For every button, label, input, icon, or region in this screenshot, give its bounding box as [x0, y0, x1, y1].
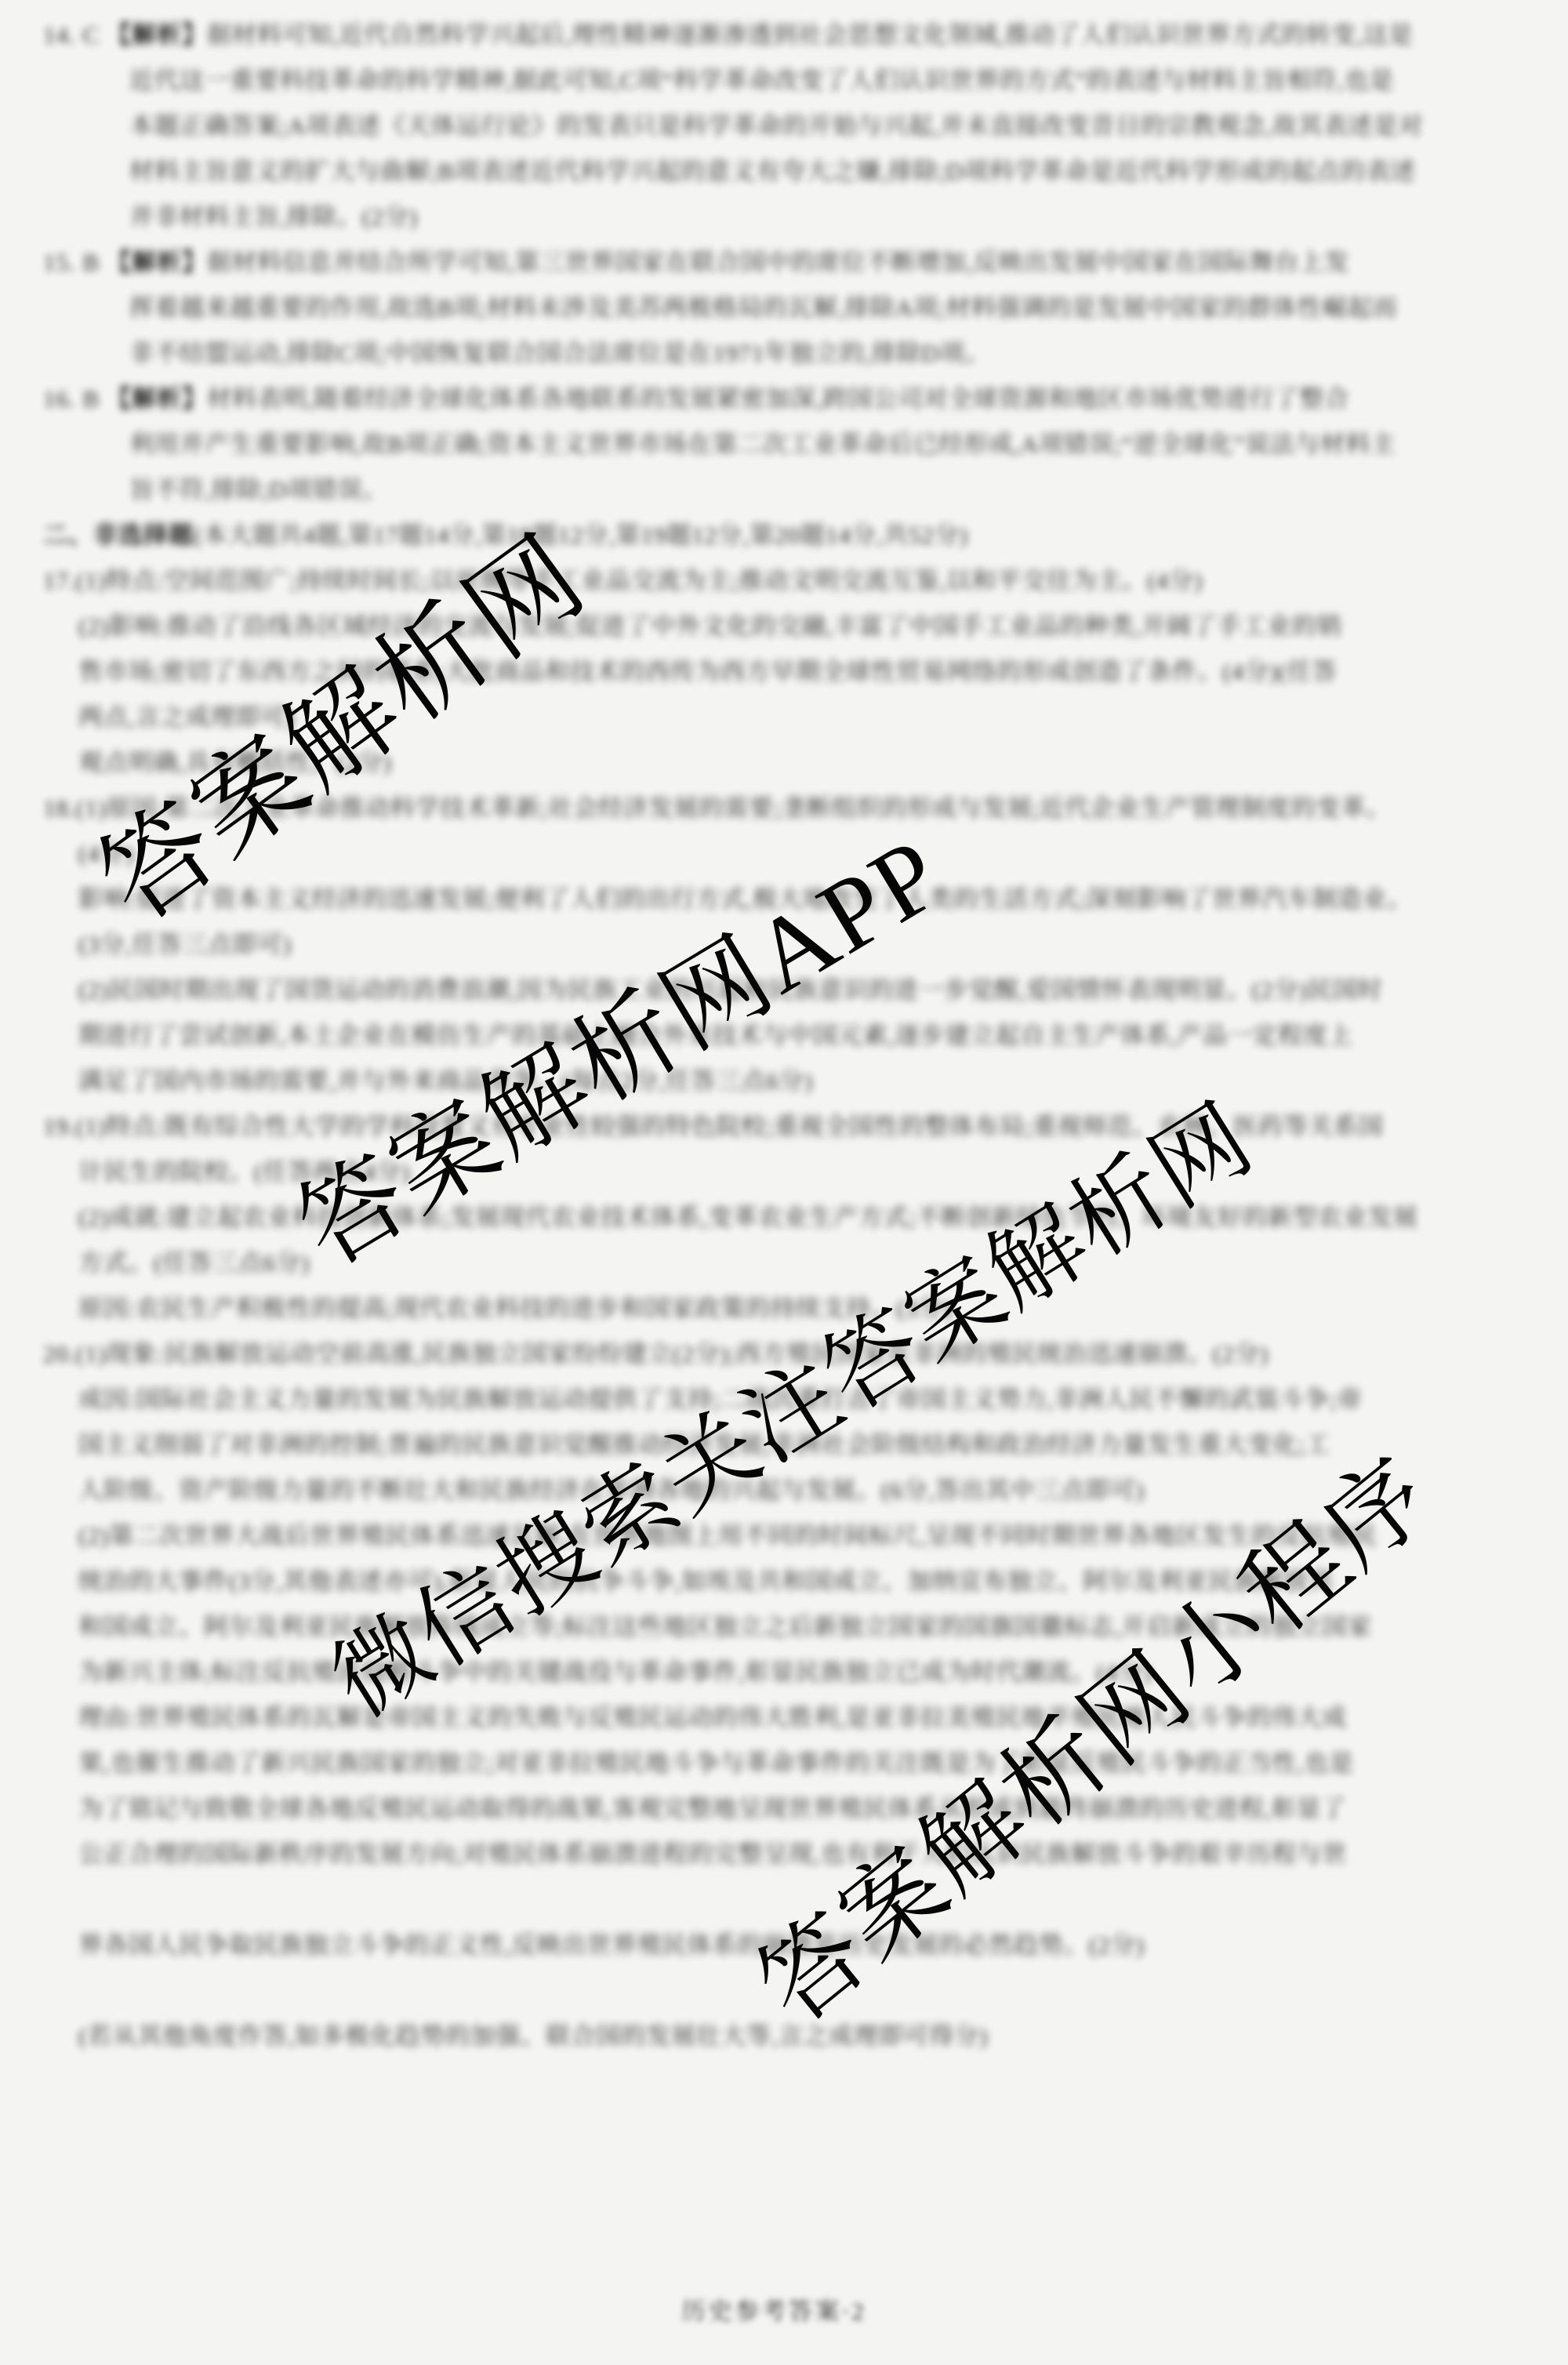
text-line: (2)影响:推动了沿线各区域经济的交流与发展;促进了中外文化的交融,丰富了中国手…	[43, 604, 1537, 649]
text-line: 旨不符,排除;D项错误。	[43, 467, 1537, 513]
text-line: 果,也催生推动了新兴民族国家的独立;对亚非拉殖民地斗争与革命事件的关注既是为了彰…	[43, 1741, 1537, 1786]
text-segment: (2)影响:推动了沿线各区域经济的交流与发展;促进了中外文化的交融,丰富了中国手…	[78, 612, 1342, 640]
text-line: 15. B 【解析】据材料信息并结合所学可知,第三世界国家在联合国中的席位不断增…	[43, 240, 1537, 285]
text-segment: (2)第二次世界大战后世界殖民体系迅速瓦解,在世界地图上用不同的时间标尺,呈现不…	[78, 1522, 1377, 1549]
text-segment: 公正合理的国际新秩序的发展方向;对殖民体系崩溃进程的完整呈现,也有利于人们认识民…	[78, 1840, 1347, 1868]
text-segment: 据材料可知,近代自然科学兴起后,理性精神逐渐渗透到社会思想文化领域,推动了人们认…	[207, 21, 1414, 49]
text-segment: 方式。(任答三点6分)	[78, 1249, 310, 1277]
text-line: 并非材料主旨,排除。(2分)	[43, 194, 1537, 240]
text-segment: 利用并产生重要影响,故B项正确;资本主义世界市场在第二次工业革命后已经形成,A项…	[129, 430, 1396, 458]
text-line: 19.(1)特点:既有综合性大学的学科设置又有专业性较强的特色院校;重视全国性的…	[43, 1104, 1537, 1150]
text-segment: 14. C	[43, 21, 107, 49]
text-segment: (3分,任答三点即可)	[78, 931, 292, 958]
text-line: 材料主旨意义的扩大与曲解;B项表述近代科学兴起的意义有夸大之嫌,排除;D项科学革…	[43, 149, 1537, 194]
text-line: 满足了国内市场的需要,并与外来商品竞争。(每点2分,任答三点6分)	[43, 1059, 1537, 1104]
text-segment: 近代这一重要科技革命的科学精神,据此可知,C项“科学革命改变了人们认识世界的方式…	[129, 67, 1394, 94]
text-segment: 15. B	[43, 249, 107, 276]
text-line: 为了铭记与致敬全球各地反殖民运动取得的战果,客观完整地呈现世界殖民体系从形成到最…	[43, 1786, 1537, 1832]
text-segment: (本大题共4题,第17题14分,第18题12分,第19题12分,第20题14分,…	[194, 521, 968, 549]
text-segment: 为了铭记与致敬全球各地反殖民运动取得的战果,客观完整地呈现世界殖民体系从形成到最…	[78, 1795, 1347, 1822]
text-line: 本题正确答案;A项表述《天体运行论》的发表只是科学革命的开始与兴起,并未直接改变…	[43, 104, 1537, 149]
text-segment: 材料表明,随着经济全球化体系各地联系的发展紧密加深,跨国公司对全球资源和地区市场…	[207, 385, 1350, 412]
text-line: 利用并产生重要影响,故B项正确;资本主义世界市场在第二次工业革命后已经形成,A项…	[43, 422, 1537, 467]
text-segment: 非不结盟运动,排除C项;中国恢复联合国合法席位是在1971年独立的,排除D项。	[129, 340, 990, 367]
bold-text-segment: 【解析】	[107, 385, 207, 412]
text-segment: 据材料信息并结合所学可知,第三世界国家在联合国中的席位不断增加,反映出发展中国家…	[207, 249, 1350, 276]
text-line: 挥着越来越重要的作用,故选B项;材料未涉及美苏两极格局的瓦解,排除A项;材料强调…	[43, 285, 1537, 331]
text-segment: (若从其他角度作答,如多极化趋势的加强、联合国的发展壮大等,言之成理即可得分)	[78, 2022, 988, 2050]
bold-text-segment: 【解析】	[107, 21, 207, 49]
text-segment: 旨不符,排除;D项错误。	[129, 476, 388, 503]
scanned-answer-page: 14. C 【解析】据材料可知,近代自然科学兴起后,理性精神逐渐渗透到社会思想文…	[0, 0, 1568, 2365]
text-line: 理由:世界殖民体系的瓦解是帝国主义的失败与反殖民运动的伟大胜利,是亚非拉美殖民地…	[43, 1695, 1537, 1741]
text-line: 非不结盟运动,排除C项;中国恢复联合国合法席位是在1971年独立的,排除D项。	[43, 331, 1537, 376]
document-body: 14. C 【解析】据材料可知,近代自然科学兴起后,理性精神逐渐渗透到社会思想文…	[43, 13, 1537, 2059]
text-segment: 并非材料主旨,排除。(2分)	[129, 203, 418, 231]
text-segment: 为新兴主体;标注反抗殖民侵略斗争中的关键战役与革命事件,彰显民族独立已成为时代潮…	[78, 1658, 1152, 1686]
text-segment: 界各国人民争取民族独立斗争的正义性,反映出世界殖民体系的崩溃是历史发展的必然趋势…	[78, 1931, 1145, 1959]
text-line: 16. B 【解析】材料表明,随着经济全球化体系各地联系的发展紧密加深,跨国公司…	[43, 376, 1537, 422]
text-line: 为新兴主体;标注反抗殖民侵略斗争中的关键战役与革命事件,彰显民族独立已成为时代潮…	[43, 1650, 1537, 1695]
text-segment: 本题正确答案;A项表述《天体运行论》的发表只是科学革命的开始与兴起,并未直接改变…	[129, 112, 1424, 140]
text-line: (2)成就:建立起农业科技创新体系;发展现代农业技术体系,变革农业生产方式;不断…	[43, 1195, 1537, 1241]
text-line: 方式。(任答三点6分)	[43, 1241, 1537, 1286]
text-segment: 统治的大事件(3分,其他表述亦可),彰显人民的抗争斗争,如埃及共和国成立、加纳宣…	[78, 1568, 1334, 1595]
bold-text-segment: 二、非选择题	[43, 521, 194, 549]
text-segment: 挥着越来越重要的作用,故选B项;材料未涉及美苏两极格局的瓦解,排除A项;材料强调…	[129, 294, 1398, 322]
text-line: 公正合理的国际新秩序的发展方向;对殖民体系崩溃进程的完整呈现,也有利于人们认识民…	[43, 1832, 1537, 1877]
text-line: 14. C 【解析】据材料可知,近代自然科学兴起后,理性精神逐渐渗透到社会思想文…	[43, 13, 1537, 58]
text-line: 17.(1)特点:空间范围广;持续时间长;以丝绸等手工业品交流为主;推动文明交流…	[43, 558, 1537, 604]
text-segment: 17.(1)特点:空间范围广;持续时间长;以丝绸等手工业品交流为主;推动文明交流…	[43, 567, 1203, 594]
text-line: 计民生的院校。(任答两点4分)	[43, 1150, 1537, 1195]
bold-text-segment: 【解析】	[107, 249, 207, 276]
text-segment: 材料主旨意义的扩大与曲解;B项表述近代科学兴起的意义有夸大之嫌,排除;D项科学革…	[129, 158, 1416, 185]
text-segment: 20.(1)现象:民族解放运动空前高涨,民族独立国家纷纷建立(2分);西方殖民国…	[43, 1340, 1269, 1368]
text-segment: 16. B	[43, 385, 107, 412]
text-line: 二、非选择题(本大题共4题,第17题14分,第18题12分,第19题12分,第2…	[43, 513, 1537, 558]
footer-page-label: 历史参考答案·2	[681, 2291, 866, 2327]
text-line: 近代这一重要科技革命的科学精神,据此可知,C项“科学革命改变了人们认识世界的方式…	[43, 58, 1537, 104]
